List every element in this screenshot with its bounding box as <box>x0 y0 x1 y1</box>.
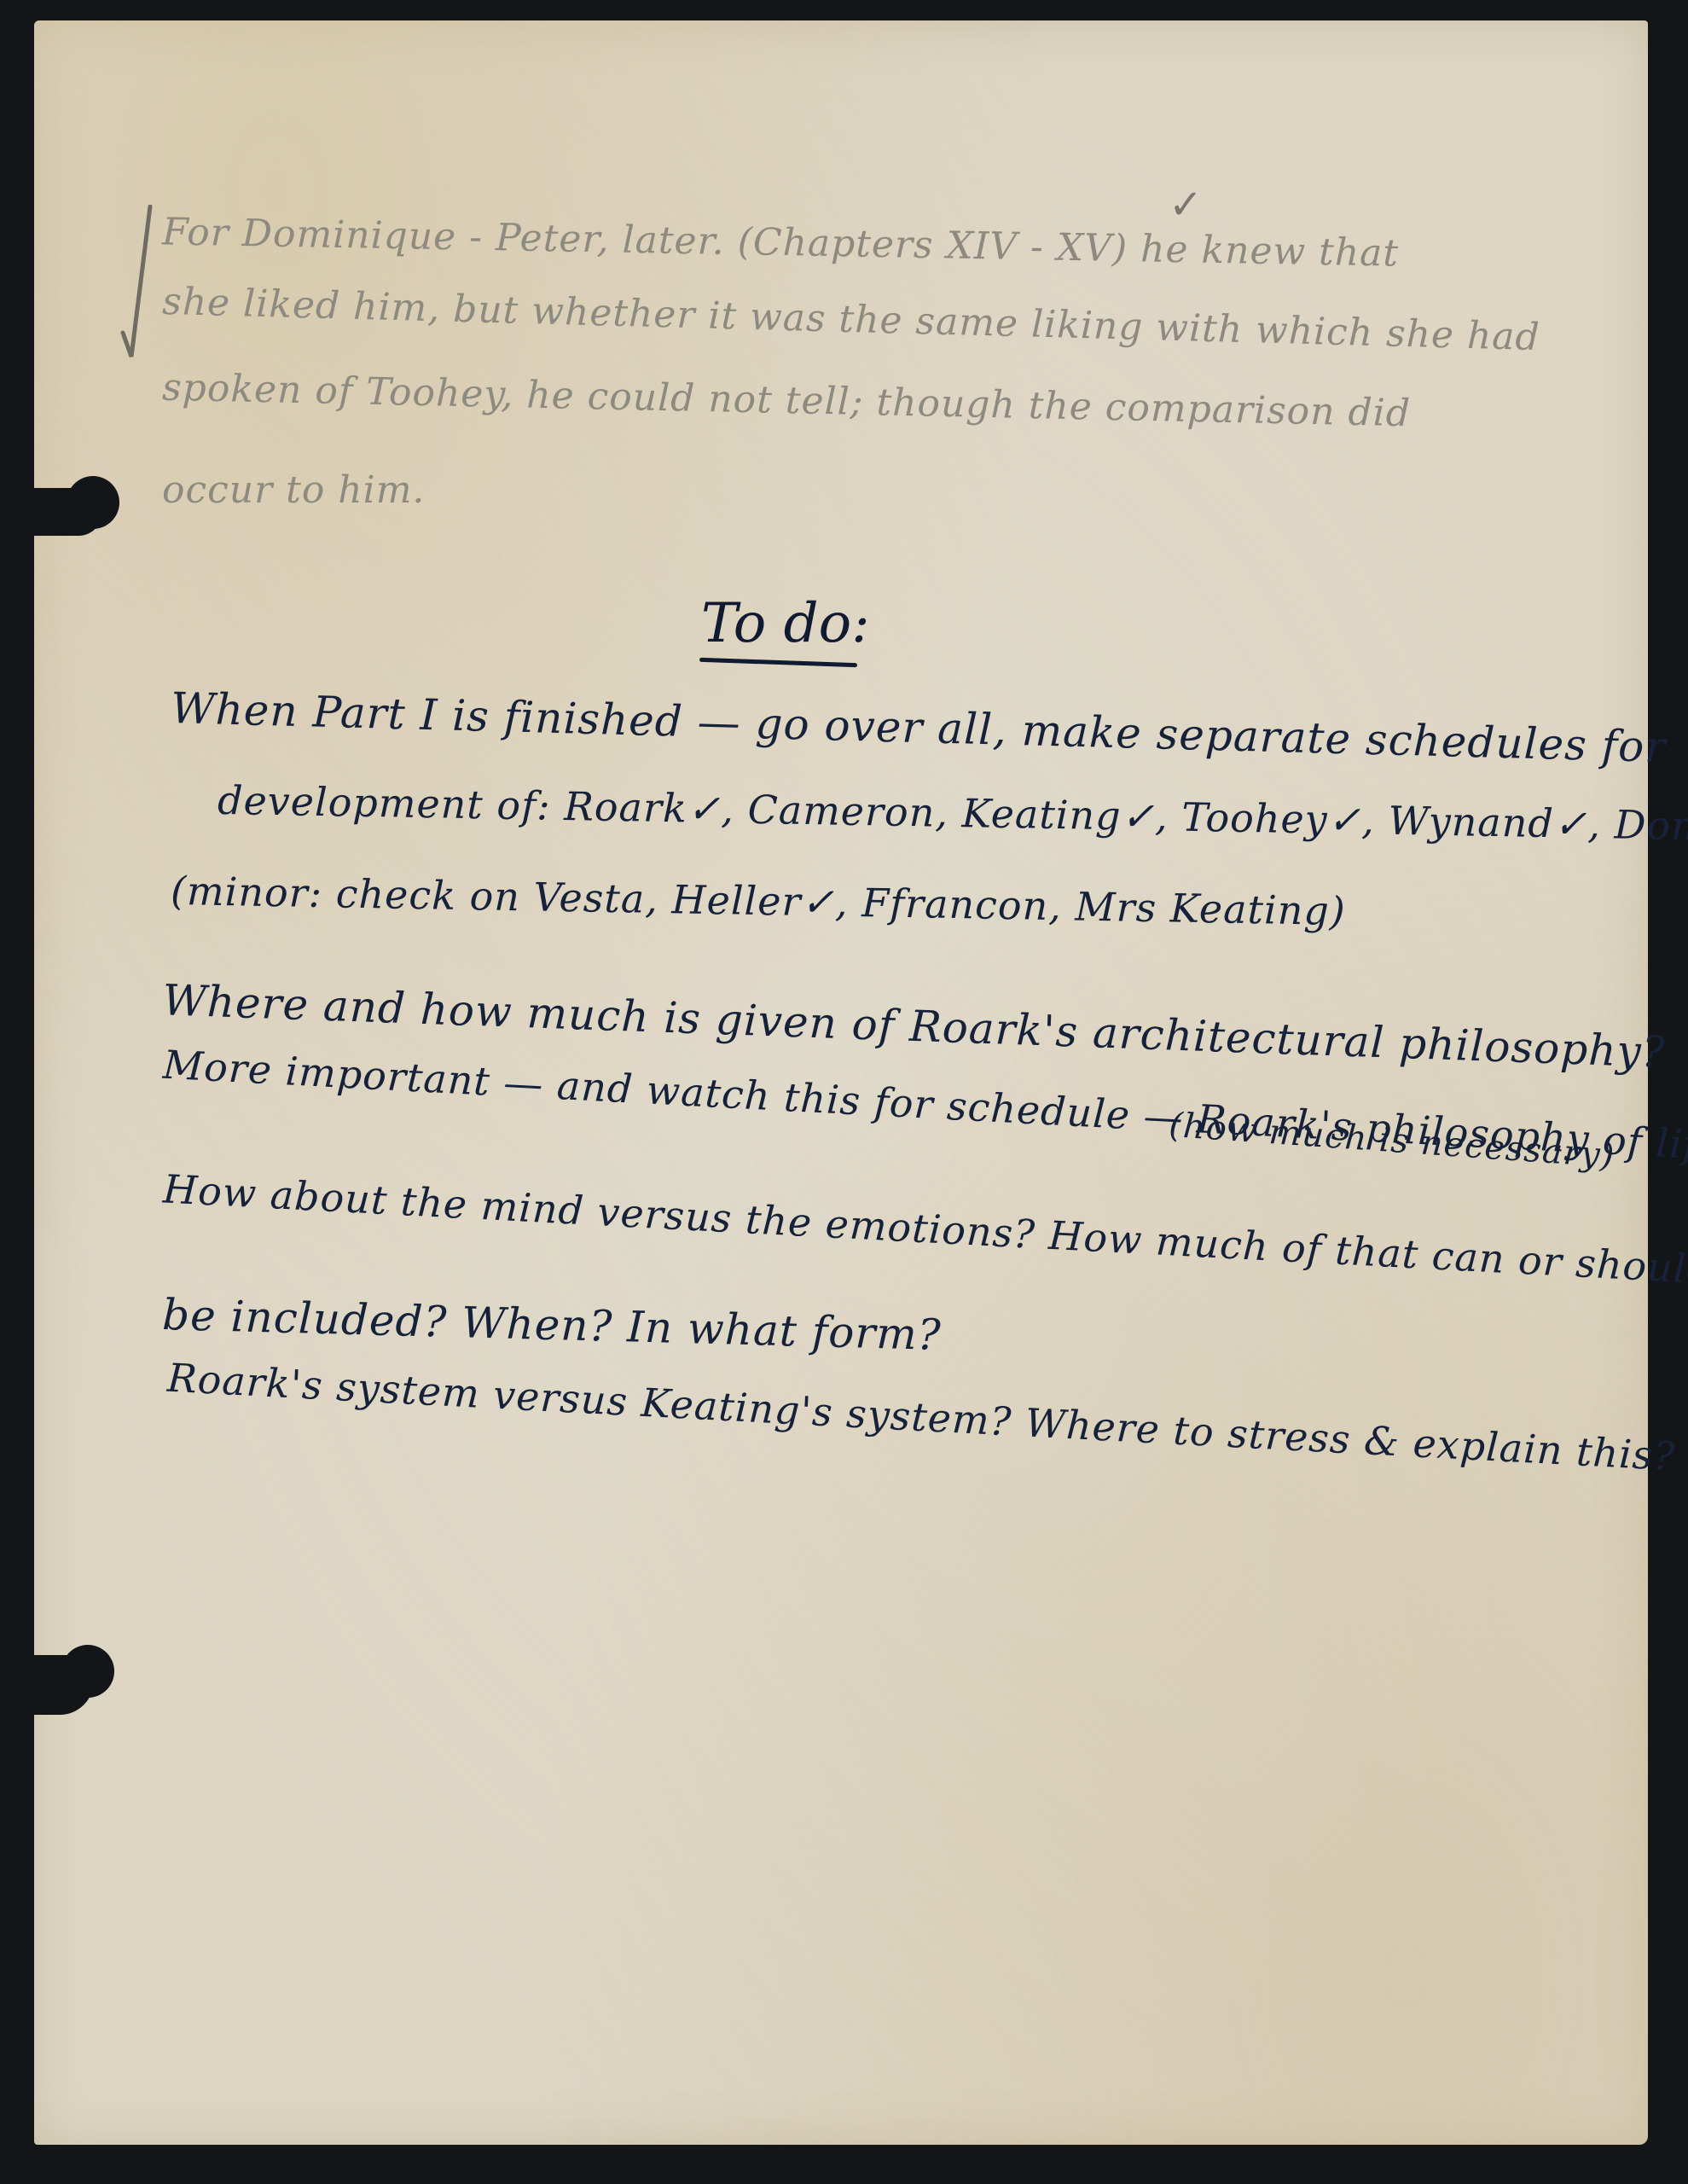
checkmark-icon <box>119 205 154 358</box>
binder-hole-bottom <box>0 1655 94 1715</box>
todo-item-2-line-5: be included? When? In what form? <box>161 1290 942 1360</box>
pencil-note-line-3: spoken of Toohey, he could not tell; tho… <box>162 366 1412 436</box>
pencil-note-line-2: she liked him, but whether it was the sa… <box>162 280 1541 359</box>
todo-item-2-line-4: How about the mind versus the emotions? … <box>162 1165 1688 1292</box>
todo-item-1-line-3: (minor: check on Vesta, Heller✓, Ffranco… <box>171 868 1347 934</box>
pencil-note-line-4: occur to him. <box>162 468 425 512</box>
title-underline <box>699 658 857 667</box>
todo-item-1-line-1: When Part I is finished — go over all, m… <box>171 683 1667 772</box>
checkmark-icon: ✓ <box>1169 181 1203 229</box>
todo-item-1-line-2: development of: Roark✓, Cameron, Keating… <box>218 777 1688 854</box>
manuscript-page: For Dominique - Peter, later. (Chapters … <box>34 20 1648 2145</box>
binder-hole-top <box>0 488 102 536</box>
todo-item-3-line-1: Roark's system versus Keating's system? … <box>166 1355 1677 1480</box>
page-title: To do: <box>701 592 870 655</box>
pencil-note-line-1: For Dominique - Peter, later. (Chapters … <box>162 210 1400 275</box>
